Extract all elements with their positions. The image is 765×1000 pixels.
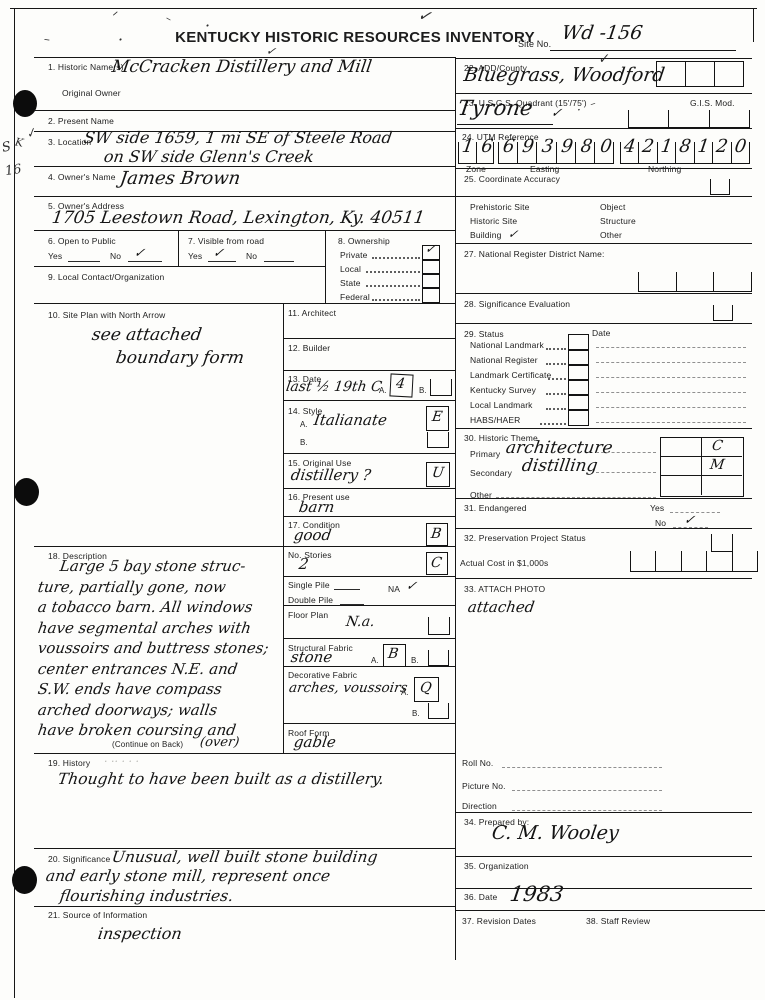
decorative-a-label: A. xyxy=(401,688,409,697)
status-national-landmark: National Landmark xyxy=(470,340,544,350)
rule xyxy=(283,638,455,639)
floor-plan-value: N.a. xyxy=(345,614,376,630)
ownership-option-local: Local xyxy=(340,264,361,274)
endangered-no-check: ✓ xyxy=(683,513,696,528)
date-line xyxy=(596,422,746,423)
field-17-value: good xyxy=(293,526,333,544)
endangered-no-label: No xyxy=(655,518,666,528)
field-19-label: 19. History xyxy=(48,758,90,768)
field-21-value: inspection xyxy=(97,924,183,943)
status-habs-haer: HABS/HAER xyxy=(470,415,520,425)
field-25-box xyxy=(710,179,730,195)
rule xyxy=(283,516,455,517)
floor-plan-label: Floor Plan xyxy=(288,610,328,620)
field-7-yes-label: Yes xyxy=(188,251,202,261)
status-national-register: National Register xyxy=(470,355,538,365)
description-line: Large 5 bay stone struc- xyxy=(59,557,247,575)
field-23-value: Tyrone xyxy=(456,96,534,120)
field-16-value: barn xyxy=(298,498,336,516)
field-4-label: 4. Owner's Name xyxy=(48,172,116,182)
theme-grid-divider xyxy=(660,456,742,457)
primary-theme-label: Primary xyxy=(470,449,500,459)
field-29-label: 29. Status xyxy=(464,329,504,339)
original-owner-label: Original Owner xyxy=(62,88,121,98)
utm-easting-label: Easting xyxy=(530,164,559,174)
over-note: (over) xyxy=(199,735,240,750)
floor-plan-box xyxy=(428,617,450,635)
hole-punch xyxy=(14,478,39,506)
field-7-yes-check: ✓ xyxy=(212,246,225,261)
rule xyxy=(178,230,179,266)
field-22-value: Bluegrass, Woodford xyxy=(462,64,666,86)
scan-left-edge xyxy=(14,8,15,998)
site-no-value: Wd -156 xyxy=(560,22,644,44)
theme-line xyxy=(596,472,656,473)
theme-grid-divider xyxy=(701,437,702,495)
rule xyxy=(455,93,752,94)
field-21-label: 21. Source of Information xyxy=(48,910,147,920)
rule xyxy=(455,428,752,429)
field-20-value-line1: Unusual, well built stone building xyxy=(111,848,379,866)
leader-dots xyxy=(548,378,566,380)
structural-b-box xyxy=(428,650,449,666)
date-line xyxy=(596,407,746,408)
field-10-label: 10. Site Plan with North Arrow xyxy=(48,310,165,320)
pen-mark: ✓ xyxy=(416,5,433,26)
utm-northing-value: 4218120 xyxy=(623,136,755,157)
field-32-box xyxy=(711,534,733,552)
field-13-b-box xyxy=(430,379,452,396)
decorative-a-code: Q xyxy=(419,680,433,696)
picture-no-label: Picture No. xyxy=(462,781,506,791)
rule xyxy=(455,168,752,169)
roll-no-line xyxy=(502,767,662,768)
theme-grid-divider xyxy=(660,475,742,476)
pen-mark: – xyxy=(43,32,51,47)
field-2-label: 2. Present Name xyxy=(48,116,114,126)
rule xyxy=(283,338,455,339)
rule xyxy=(455,293,752,294)
field-20-value-line2: and early stone mill, represent once xyxy=(45,867,332,885)
field-3-value-line1: SW side 1659, 1 mi SE of Steele Road xyxy=(83,128,394,147)
field-23-underline xyxy=(457,124,553,125)
date-line xyxy=(596,392,746,393)
field-6-label: 6. Open to Public xyxy=(48,236,116,246)
description-line: center entrances N.E. and xyxy=(37,660,239,678)
structural-a-label: A. xyxy=(371,656,379,665)
stories-value: 2 xyxy=(298,555,310,573)
field-6-yes-label: Yes xyxy=(48,251,62,261)
field-20-value-line3: flourishing industries. xyxy=(59,887,235,905)
rule xyxy=(283,723,455,724)
rule xyxy=(283,605,455,606)
picture-no-line xyxy=(512,790,662,791)
continue-on-back-note: (Continue on Back) xyxy=(112,740,183,749)
building-label: Building xyxy=(470,230,501,240)
field-25-label: 25. Coordinate Accuracy xyxy=(464,174,560,184)
center-divider xyxy=(455,57,456,960)
roll-no-label: Roll No. xyxy=(462,758,493,768)
decorative-b-box xyxy=(428,703,449,719)
description-line: voussoirs and buttress stones; xyxy=(37,639,270,657)
gis-mod-boxes xyxy=(628,110,750,128)
rule xyxy=(283,488,455,489)
rule xyxy=(325,230,326,303)
description-line: have segmental arches with xyxy=(37,619,253,637)
leader-dots xyxy=(546,393,566,395)
rule xyxy=(455,578,752,579)
primary-theme-code: C xyxy=(711,438,724,454)
leader-dots xyxy=(546,408,566,410)
field-11-label: 11. Architect xyxy=(288,308,336,318)
decorative-fabric-value: arches, voussoirs xyxy=(288,680,409,696)
theme-code-grid xyxy=(660,437,744,497)
field-10-value-line1: see attached xyxy=(91,325,203,345)
rule xyxy=(283,370,455,371)
description-line: arched doorways; walls xyxy=(37,701,219,719)
margin-scribble: S xyxy=(1,139,13,156)
rule xyxy=(455,910,765,911)
description-line: S.W. ends have compass xyxy=(37,680,223,698)
gis-mod-label: G.I.S. Mod. xyxy=(690,98,735,108)
structural-fabric-value: stone xyxy=(290,648,334,666)
rule xyxy=(283,666,455,667)
status-landmark-certificate: Landmark Certificate xyxy=(470,370,551,380)
rule xyxy=(283,400,455,401)
field-28-box xyxy=(713,305,733,321)
field-33-label: 33. ATTACH PHOTO xyxy=(464,584,545,594)
field-20-label: 20. Significance xyxy=(48,854,110,864)
scanned-form-page: – – · – · ✓ ✓ ✓ ✓ S K 16 KENTUCKY HISTOR… xyxy=(0,0,765,1000)
rule xyxy=(34,166,455,167)
field-14-a-value: Italianate xyxy=(313,411,388,429)
rule xyxy=(34,546,283,547)
date-line xyxy=(596,362,746,363)
ownership-checkbox-federal xyxy=(422,287,440,303)
rule xyxy=(455,128,752,129)
field-13-value: last ½ 19th C xyxy=(285,379,383,395)
decorative-b-label: B. xyxy=(412,709,420,718)
site-no-label: Site No. xyxy=(518,39,551,49)
double-pile-label: Double Pile xyxy=(288,595,333,605)
direction-label: Direction xyxy=(462,801,497,811)
direction-line xyxy=(512,810,662,811)
field-27-label: 27. National Register District Name: xyxy=(464,249,605,259)
utm-easting-value: 693980 xyxy=(502,136,622,157)
leader-dots xyxy=(540,423,566,425)
field-14-b-box xyxy=(427,432,449,448)
prehistoric-site-label: Prehistoric Site xyxy=(470,202,530,212)
secondary-theme-value: distilling xyxy=(521,456,599,476)
rule xyxy=(34,906,455,907)
field-6-yes-blank xyxy=(68,261,100,262)
endangered-yes-label: Yes xyxy=(650,503,664,513)
na-check: ✓ xyxy=(405,579,418,594)
margin-scribble: 16 xyxy=(4,162,22,179)
rule xyxy=(455,196,752,197)
rule xyxy=(283,546,455,547)
attach-photo-value: attached xyxy=(467,598,536,616)
scan-top-edge xyxy=(10,8,757,9)
field-1-value: McCracken Distillery and Mill xyxy=(111,57,373,77)
rule xyxy=(455,498,752,499)
field-6-no-blank xyxy=(128,261,162,262)
date-line xyxy=(596,347,746,348)
field-19-value: Thought to have been built as a distille… xyxy=(57,770,385,788)
scan-right-edge xyxy=(753,8,754,42)
rule xyxy=(34,303,455,304)
rule xyxy=(455,888,752,889)
leader-dots xyxy=(546,348,566,350)
pen-mark: · xyxy=(577,103,581,117)
ownership-option-state: State xyxy=(340,278,361,288)
field-9-label: 9. Local Contact/Organization xyxy=(48,272,164,282)
pen-mark: – xyxy=(163,11,174,25)
other-theme-line xyxy=(496,497,656,498)
hole-punch xyxy=(13,90,37,117)
primary-theme-value: architecture xyxy=(505,438,614,458)
status-checkbox xyxy=(568,409,589,426)
rule xyxy=(34,266,325,267)
rule xyxy=(34,196,455,197)
roof-form-value: gable xyxy=(293,733,337,751)
field-12-label: 12. Builder xyxy=(288,343,330,353)
double-pile-blank xyxy=(340,604,364,605)
site-no-line xyxy=(550,50,736,51)
field-32-label: 32. Preservation Project Status xyxy=(464,533,586,543)
na-label: NA xyxy=(388,584,400,594)
other-site-label: Other xyxy=(600,230,622,240)
prepared-by-value: C. M. Wooley xyxy=(490,822,620,844)
leader-dots xyxy=(546,363,566,365)
margin-scribble: K xyxy=(14,135,24,149)
utm-northing-label: Northing xyxy=(648,164,681,174)
rule xyxy=(455,243,752,244)
field-4-value: James Brown xyxy=(119,168,242,189)
rule xyxy=(455,58,752,59)
ownership-option-private: Private xyxy=(340,250,368,260)
field-14-a-label: A. xyxy=(300,420,308,429)
smudge: · ·· · · · xyxy=(104,755,139,768)
rule xyxy=(455,856,752,857)
description-line: a tobacco barn. All windows xyxy=(37,598,254,616)
building-check: ✓ xyxy=(507,227,519,241)
field-13-b-label: B. xyxy=(419,386,427,395)
field-6-no-check: ✓ xyxy=(133,246,146,261)
stories-code: C xyxy=(430,555,443,571)
margin-scribble: ✓ xyxy=(24,125,39,142)
field-27-boxes xyxy=(638,272,752,292)
rule xyxy=(455,323,752,324)
field-3-value-line2: on SW side Glenn's Creek xyxy=(103,147,316,166)
hole-punch xyxy=(12,866,37,894)
field-23-check: ✓ xyxy=(550,106,563,121)
field-7-no-label: No xyxy=(246,251,257,261)
rule xyxy=(34,753,455,754)
decorative-fabric-label: Decorative Fabric xyxy=(288,670,357,680)
field-28-label: 28. Significance Evaluation xyxy=(464,299,570,309)
field-5-value: 1705 Leestown Road, Lexington, Ky. 40511 xyxy=(51,208,426,228)
field-35-label: 35. Organization xyxy=(464,861,529,871)
field-15-code: U xyxy=(431,465,445,481)
field-31-label: 31. Endangered xyxy=(464,503,527,513)
field-7-yes-blank xyxy=(208,261,236,262)
status-date-label: Date xyxy=(592,328,611,338)
other-theme-label: Other xyxy=(470,490,492,500)
object-label: Object xyxy=(600,202,625,212)
status-local-landmark: Local Landmark xyxy=(470,400,533,410)
description-line: ture, partially gone, now xyxy=(37,578,227,596)
single-pile-label: Single Pile xyxy=(288,580,330,590)
leader-dots xyxy=(366,285,420,287)
field-7-label: 7. Visible from road xyxy=(188,236,264,246)
leader-dots xyxy=(372,257,420,259)
ownership-private-check: ✓ xyxy=(424,242,437,257)
date-value: 1983 xyxy=(508,882,565,906)
secondary-theme-label: Secondary xyxy=(470,468,512,478)
rule xyxy=(34,230,455,231)
actual-cost-label: Actual Cost in $1,000s xyxy=(460,558,548,568)
pen-mark: – xyxy=(588,96,597,110)
leader-dots xyxy=(372,299,420,301)
field-7-no-blank xyxy=(264,261,294,262)
field-15-value: distillery ? xyxy=(290,466,372,484)
date-line xyxy=(596,377,746,378)
theme-line xyxy=(596,452,656,453)
rule xyxy=(283,576,455,577)
structure-label: Structure xyxy=(600,216,636,226)
leader-dots xyxy=(366,271,420,273)
field-10-value-line2: boundary form xyxy=(115,348,246,368)
historic-site-label: Historic Site xyxy=(470,216,517,226)
pen-mark: · xyxy=(118,30,123,49)
utm-zone-value: 16 xyxy=(461,136,503,157)
structural-b-label: B. xyxy=(411,656,419,665)
utm-zone-label: Zone xyxy=(466,164,486,174)
form-title: KENTUCKY HISTORIC RESOURCES INVENTORY xyxy=(170,29,540,46)
single-pile-blank xyxy=(334,589,360,590)
actual-cost-boxes xyxy=(630,551,758,572)
rule xyxy=(283,453,455,454)
field-14-b-label: B. xyxy=(300,438,308,447)
secondary-theme-code: M xyxy=(709,457,726,473)
ownership-option-federal: Federal xyxy=(340,292,370,302)
field-22-boxes xyxy=(656,61,744,87)
field-13-a-label: A. xyxy=(379,386,387,395)
field-8-label: 8. Ownership xyxy=(338,236,390,246)
rule xyxy=(455,528,752,529)
rule xyxy=(455,812,752,813)
field-36-label: 36. Date xyxy=(464,892,497,902)
field-37-label: 37. Revision Dates xyxy=(462,916,536,926)
rule xyxy=(34,110,455,111)
field-38-label: 38. Staff Review xyxy=(586,916,650,926)
field-6-no-label: No xyxy=(110,251,121,261)
status-kentucky-survey: Kentucky Survey xyxy=(470,385,536,395)
